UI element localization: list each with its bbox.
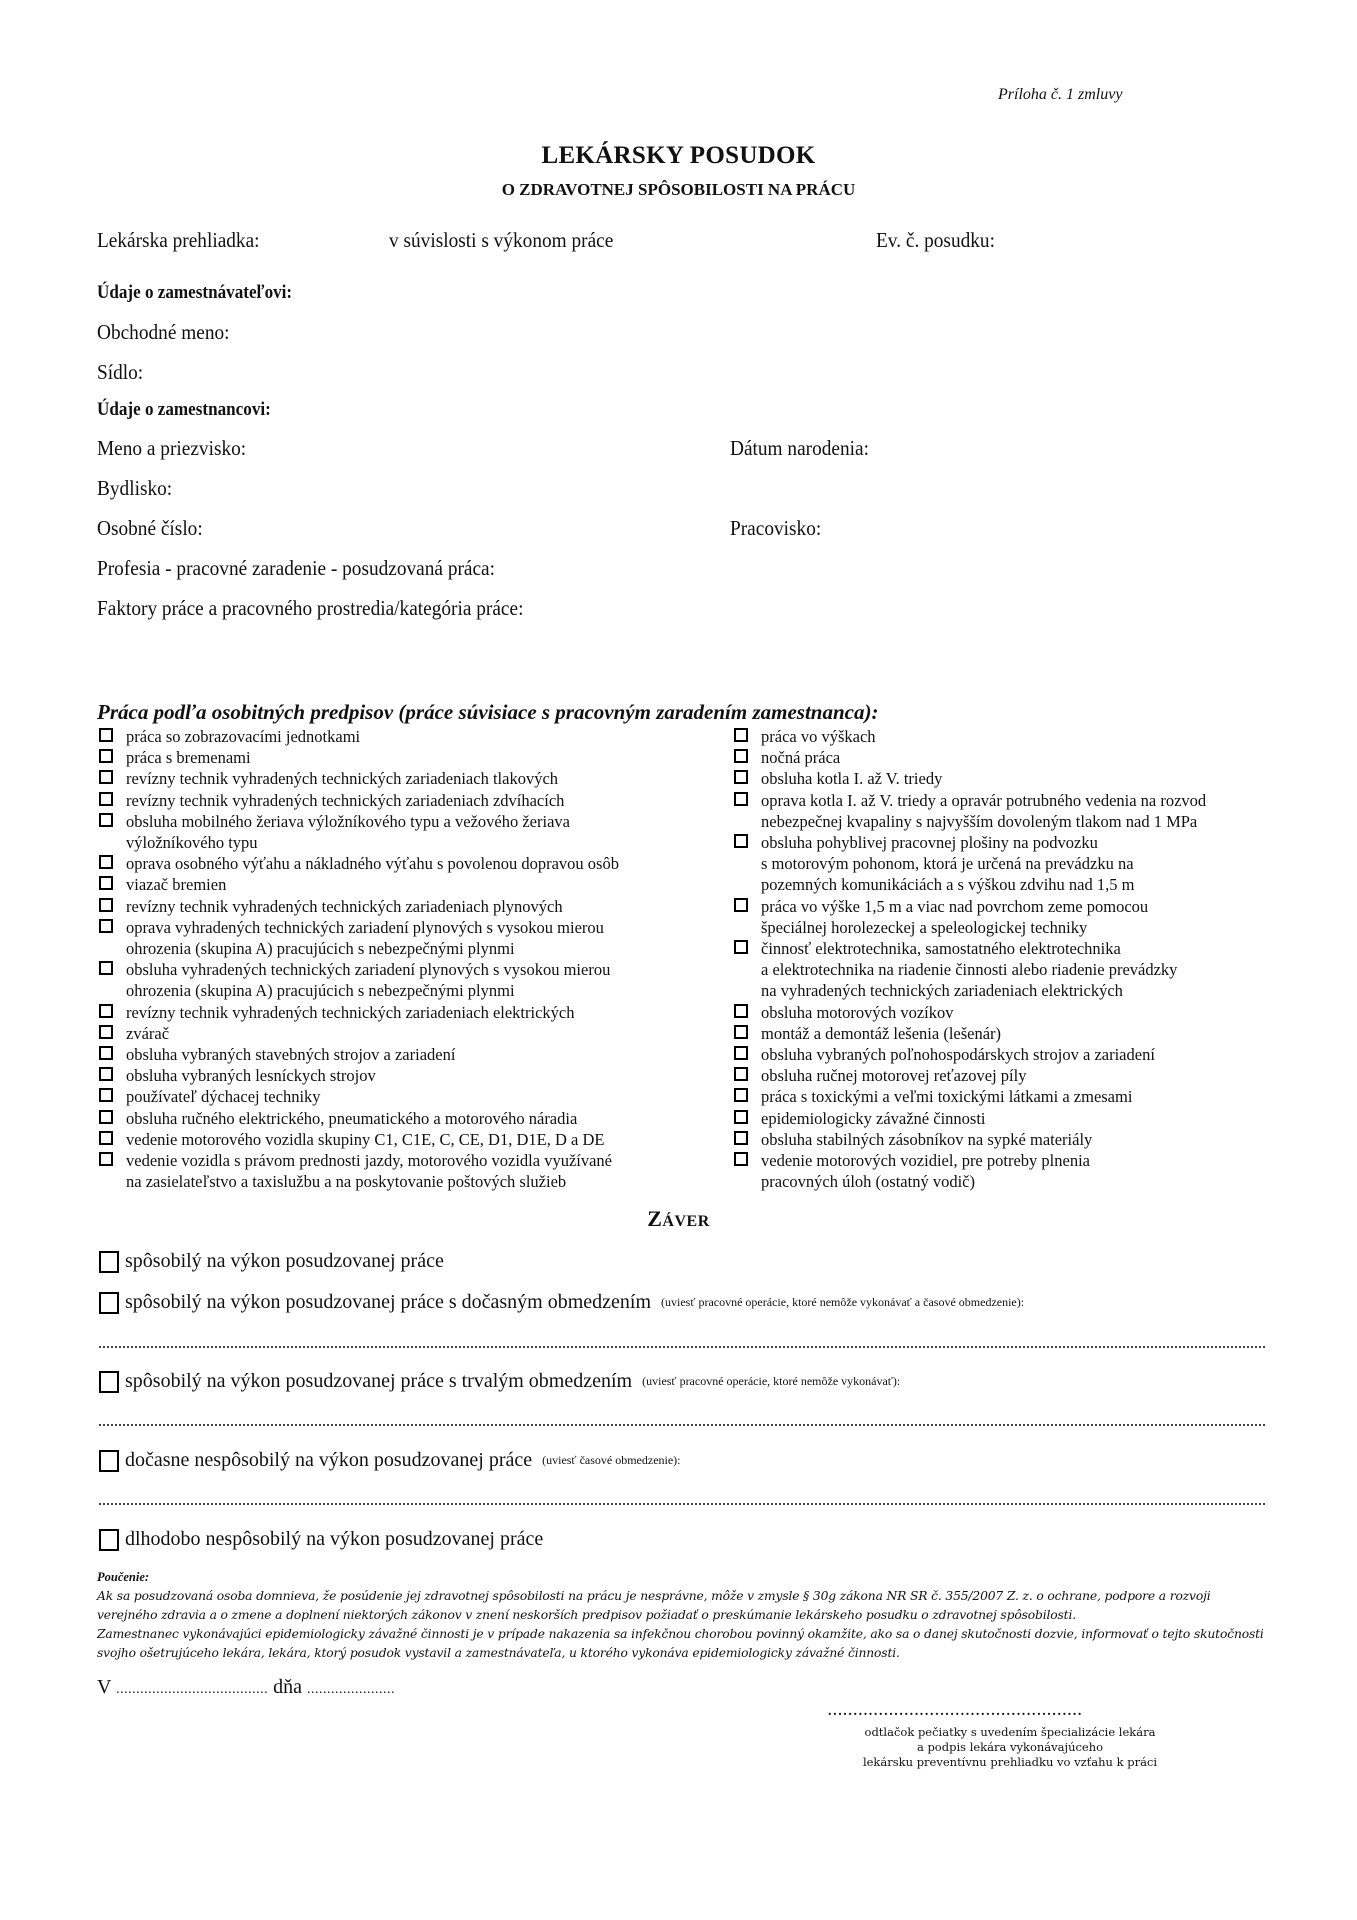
special-work-item[interactable]: obsluha vybraných stavebných strojov a z… (99, 1044, 689, 1065)
special-work-item[interactable]: činnosť elektrotechnika, samostatného el… (734, 938, 1274, 1002)
checkbox[interactable] (734, 749, 748, 763)
special-work-item[interactable]: obsluha vybraných lesníckych strojov (99, 1065, 689, 1086)
workplace-label: Pracovisko: (730, 516, 821, 541)
checkbox[interactable] (734, 898, 748, 912)
fill-line-temporary-restriction[interactable] (99, 1346, 1265, 1348)
checkbox[interactable] (99, 855, 113, 869)
signature-caption-line: odtlačok pečiatky s uvedením špecializác… (800, 1725, 1220, 1740)
special-work-item[interactable]: obsluha kotla I. až V. triedy (734, 768, 1274, 789)
conclusion-option-temporarily-unfit[interactable]: dočasne nespôsobilý na výkon posudzovane… (99, 1449, 681, 1472)
conclusion-option-label: spôsobilý na výkon posudzovanej práce (125, 1250, 444, 1273)
special-work-item[interactable]: práca vo výške 1,5 m a viac nad povrchom… (734, 896, 1274, 938)
special-work-item-label: obsluha mobilného žeriava výložníkového … (126, 811, 570, 853)
checkbox[interactable] (734, 792, 748, 806)
signature-caption-line: a podpis lekára vykonávajúceho (800, 1740, 1220, 1755)
special-work-item-label: revízny technik vyhradených technických … (126, 790, 564, 811)
special-work-item[interactable]: zvárač (99, 1023, 689, 1044)
instruction-text: Ak sa posudzovaná osoba domnieva, že pos… (97, 1587, 1269, 1663)
checkbox[interactable] (734, 834, 748, 848)
special-work-item-label: obsluha stabilných zásobníkov na sypké m… (761, 1129, 1092, 1150)
special-work-item-label: revízny technik vyhradených technických … (126, 768, 558, 789)
special-work-list-left: práca so zobrazovacími jednotkamipráca s… (99, 726, 689, 1192)
instruction-paragraph: Zamestnanec vykonávajúci epidemiologicky… (97, 1625, 1269, 1663)
checkbox[interactable] (99, 792, 113, 806)
checkbox[interactable] (99, 1088, 113, 1102)
special-work-item[interactable]: revízny technik vyhradených technických … (99, 1002, 689, 1023)
date-label: dňa (273, 1676, 302, 1698)
checkbox[interactable] (99, 1110, 113, 1124)
special-work-list-right: práca vo výškachnočná prácaobsluha kotla… (734, 726, 1274, 1192)
conclusion-option-label: spôsobilý na výkon posudzovanej práce s … (125, 1370, 632, 1393)
conclusion-option-note: (uviesť časové obmedzenie): (542, 1453, 680, 1468)
special-work-item-label: práca vo výške 1,5 m a viac nad povrchom… (761, 896, 1148, 938)
special-work-item-label: revízny technik vyhradených technických … (126, 896, 563, 917)
special-work-item-label: obsluha vybraných lesníckych strojov (126, 1065, 376, 1086)
conclusion-heading-rest: ÁVER (662, 1213, 709, 1230)
checkbox[interactable] (99, 961, 113, 975)
fill-line-temporarily-unfit[interactable] (99, 1503, 1265, 1505)
special-work-item[interactable]: obsluha stabilných zásobníkov na sypké m… (734, 1129, 1274, 1150)
conclusion-option-permanent-restriction[interactable]: spôsobilý na výkon posudzovanej práce s … (99, 1370, 900, 1393)
special-work-item[interactable]: nočná práca (734, 747, 1274, 768)
instruction-heading: Poučenie: (97, 1570, 149, 1585)
special-work-item-label: používateľ dýchacej techniky (126, 1086, 321, 1107)
special-work-item[interactable]: obsluha mobilného žeriava výložníkového … (99, 811, 689, 853)
special-work-item[interactable]: obsluha vybraných poľnohospodárskych str… (734, 1044, 1274, 1065)
special-work-item-label: zvárač (126, 1023, 169, 1044)
checkbox[interactable] (734, 770, 748, 784)
special-work-item[interactable]: montáž a demontáž lešenia (lešenár) (734, 1023, 1274, 1044)
place-label: V (97, 1676, 111, 1698)
conclusion-heading: ZÁVER (0, 1206, 1357, 1232)
special-work-item[interactable]: oprava kotla I. až V. triedy a opravár p… (734, 790, 1274, 832)
personal-number-label: Osobné číslo: (97, 516, 203, 541)
special-work-item-label: obsluha motorových vozíkov (761, 1002, 953, 1023)
conclusion-option-temporary-restriction[interactable]: spôsobilý na výkon posudzovanej práce s … (99, 1291, 1024, 1314)
checkbox[interactable] (734, 1004, 748, 1018)
special-work-item-label: práca s toxickými a veľmi toxickými látk… (761, 1086, 1132, 1107)
checkbox[interactable] (99, 813, 113, 827)
special-work-item-label: viazač bremien (126, 874, 226, 895)
exam-value: v súvislosti s výkonom práce (389, 228, 613, 253)
checkbox[interactable] (99, 1529, 119, 1551)
special-work-item[interactable]: viazač bremien (99, 874, 689, 895)
special-work-item[interactable]: vedenie motorového vozidla skupiny C1, C… (99, 1129, 689, 1150)
special-work-item-label: oprava osobného výťahu a nákladného výťa… (126, 853, 619, 874)
special-work-item[interactable]: vedenie motorových vozidiel, pre potreby… (734, 1150, 1274, 1192)
checkbox[interactable] (734, 1025, 748, 1039)
place-field[interactable]: ...................................... (116, 1682, 268, 1697)
instruction-paragraph: Ak sa posudzovaná osoba domnieva, že pos… (97, 1587, 1269, 1625)
special-work-item-label: oprava vyhradených technických zariadení… (126, 917, 604, 959)
special-work-item-label: obsluha kotla I. až V. triedy (761, 768, 942, 789)
special-work-item[interactable]: obsluha motorových vozíkov (734, 1002, 1274, 1023)
conclusion-option-long-term-unfit[interactable]: dlhodobo nespôsobilý na výkon posudzovan… (99, 1528, 543, 1551)
business-name-label: Obchodné meno: (97, 320, 230, 345)
fill-line-permanent-restriction[interactable] (99, 1424, 1265, 1426)
special-work-item-label: revízny technik vyhradených technických … (126, 1002, 575, 1023)
special-work-item[interactable]: revízny technik vyhradených technických … (99, 768, 689, 789)
conclusion-heading-initial: Z (647, 1206, 662, 1231)
birth-date-label: Dátum narodenia: (730, 436, 869, 461)
special-work-item-label: obsluha vyhradených technických zariaden… (126, 959, 610, 1001)
special-work-item-label: oprava kotla I. až V. triedy a opravár p… (761, 790, 1206, 832)
checkbox[interactable] (734, 940, 748, 954)
special-work-item-label: práca s bremenami (126, 747, 251, 768)
special-work-item[interactable]: obsluha ručnej motorovej reťazovej píly (734, 1065, 1274, 1086)
checkbox[interactable] (734, 1046, 748, 1060)
checkbox[interactable] (734, 1110, 748, 1124)
conclusion-option-fit[interactable]: spôsobilý na výkon posudzovanej práce (99, 1250, 444, 1273)
special-work-heading: Práca podľa osobitných predpisov (práce … (97, 700, 878, 725)
checkbox[interactable] (99, 749, 113, 763)
special-work-item[interactable]: obsluha vyhradených technických zariaden… (99, 959, 689, 1001)
seat-label: Sídlo: (97, 360, 143, 385)
special-work-item-label: vedenie motorového vozidla skupiny C1, C… (126, 1129, 604, 1150)
special-work-item-label: montáž a demontáž lešenia (lešenár) (761, 1023, 1001, 1044)
special-work-item-label: obsluha pohyblivej pracovnej plošiny na … (761, 832, 1134, 896)
checkbox[interactable] (99, 1371, 119, 1393)
checkbox[interactable] (99, 1046, 113, 1060)
special-work-item[interactable]: práca so zobrazovacími jednotkami (99, 726, 689, 747)
conclusion-option-label: spôsobilý na výkon posudzovanej práce s … (125, 1291, 651, 1314)
signature-caption-line: lekársku preventívnu prehliadku vo vzťah… (800, 1755, 1220, 1770)
conclusion-option-label: dlhodobo nespôsobilý na výkon posudzovan… (125, 1528, 543, 1551)
place-date-line: V ......................................… (97, 1676, 395, 1699)
special-work-item-label: vedenie motorových vozidiel, pre potreby… (761, 1150, 1090, 1192)
special-work-item-label: nočná práca (761, 747, 840, 768)
special-work-item-label: práca vo výškach (761, 726, 876, 747)
checkbox[interactable] (99, 1067, 113, 1081)
special-work-item[interactable]: epidemiologicky závažné činnosti (734, 1108, 1274, 1129)
checkbox[interactable] (99, 919, 113, 933)
checkbox[interactable] (734, 1088, 748, 1102)
date-field[interactable]: ...................... (307, 1682, 395, 1697)
checkbox[interactable] (99, 728, 113, 742)
special-work-item[interactable]: práca s toxickými a veľmi toxickými látk… (734, 1086, 1274, 1107)
special-work-item-label: vedenie vozidla s právom prednosti jazdy… (126, 1150, 612, 1192)
special-work-item[interactable]: práca s bremenami (99, 747, 689, 768)
checkbox[interactable] (99, 770, 113, 784)
checkbox[interactable] (734, 1152, 748, 1166)
employee-heading: Údaje o zamestnancovi: (97, 399, 271, 421)
special-work-item[interactable]: revízny technik vyhradených technických … (99, 896, 689, 917)
profession-label: Profesia - pracovné zaradenie - posudzov… (97, 556, 495, 581)
special-work-item-label: práca so zobrazovacími jednotkami (126, 726, 360, 747)
special-work-item[interactable]: revízny technik vyhradených technických … (99, 790, 689, 811)
checkbox[interactable] (734, 1131, 748, 1145)
checkbox[interactable] (99, 1450, 119, 1472)
work-factors-label: Faktory práce a pracovného prostredia/ka… (97, 596, 523, 621)
special-work-item[interactable]: používateľ dýchacej techniky (99, 1086, 689, 1107)
special-work-item[interactable]: oprava vyhradených technických zariadení… (99, 917, 689, 959)
checkbox[interactable] (734, 1067, 748, 1081)
special-work-item-label: obsluha vybraných poľnohospodárskych str… (761, 1044, 1155, 1065)
special-work-item-label: obsluha ručnej motorovej reťazovej píly (761, 1065, 1026, 1086)
exam-label: Lekárska prehliadka: (97, 228, 260, 253)
special-work-item[interactable]: práca vo výškach (734, 726, 1274, 747)
record-number-label: Ev. č. posudku: (876, 228, 995, 253)
checkbox[interactable] (99, 1025, 113, 1039)
employer-heading: Údaje o zamestnávateľovi: (97, 282, 292, 304)
special-work-item[interactable]: vedenie vozidla s právom prednosti jazdy… (99, 1150, 689, 1192)
document-title: LEKÁRSKY POSUDOK (0, 142, 1357, 170)
special-work-item-label: epidemiologicky závažné činnosti (761, 1108, 986, 1129)
checkbox[interactable] (99, 898, 113, 912)
residence-label: Bydlisko: (97, 476, 172, 501)
signature-field[interactable]: ........................................… (828, 1704, 1083, 1720)
conclusion-option-label: dočasne nespôsobilý na výkon posudzovane… (125, 1449, 532, 1472)
signature-caption: odtlačok pečiatky s uvedením špecializác… (800, 1725, 1220, 1770)
checkbox[interactable] (99, 1292, 119, 1314)
checkbox[interactable] (99, 1152, 113, 1166)
checkbox[interactable] (734, 728, 748, 742)
special-work-item-label: obsluha vybraných stavebných strojov a z… (126, 1044, 455, 1065)
special-work-item-label: činnosť elektrotechnika, samostatného el… (761, 938, 1177, 1002)
checkbox[interactable] (99, 876, 113, 890)
conclusion-option-note: (uviesť pracovné operácie, ktoré nemôže … (661, 1295, 1024, 1310)
special-work-item-label: obsluha ručného elektrického, pneumatick… (126, 1108, 577, 1129)
special-work-item[interactable]: obsluha ručného elektrického, pneumatick… (99, 1108, 689, 1129)
special-work-item[interactable]: obsluha pohyblivej pracovnej plošiny na … (734, 832, 1274, 896)
annex-note: Príloha č. 1 zmluvy (998, 86, 1122, 104)
checkbox[interactable] (99, 1004, 113, 1018)
document-subtitle: O ZDRAVOTNEJ SPÔSOBILOSTI NA PRÁCU (0, 180, 1357, 200)
checkbox[interactable] (99, 1131, 113, 1145)
conclusion-option-note: (uviesť pracovné operácie, ktoré nemôže … (642, 1374, 900, 1389)
special-work-item[interactable]: oprava osobného výťahu a nákladného výťa… (99, 853, 689, 874)
checkbox[interactable] (99, 1251, 119, 1273)
name-label: Meno a priezvisko: (97, 436, 246, 461)
